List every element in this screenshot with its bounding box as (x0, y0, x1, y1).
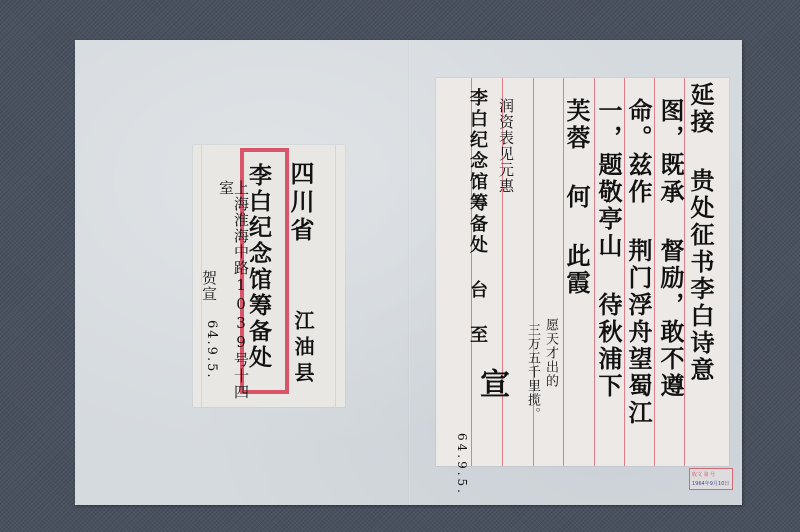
letter-rule (654, 78, 655, 466)
letter-column: 图，既承 督励，敢不遵 (658, 98, 682, 400)
letter-column: 延接 贵处征书李白诗意 (688, 82, 712, 384)
letter-column: 李白纪念馆筹备处 台 至 (468, 88, 486, 346)
letter-note: 三万五千里揽。 (526, 323, 539, 421)
stamp-line-1: 收文 第 号 (692, 471, 730, 478)
envelope-sender-address: 上海淮海中路1039号十四室 (218, 180, 248, 407)
letter-signature: 宣 (476, 368, 506, 401)
letter-column: 芙蓉 何 此霞 (564, 98, 588, 297)
envelope: 四川省 江油县 李白纪念馆筹备处 上海淮海中路1039号十四室 贺宣 64.9.… (193, 145, 345, 407)
envelope-right-edge (335, 145, 336, 407)
letter-note: 愿天才出的 (544, 318, 557, 388)
letter-column: 命。兹作 荆门浮舟望蜀江 (626, 98, 650, 427)
receipt-stamp: 收文 第 号 1964年9月10日 (689, 468, 733, 490)
mount-fold-line (408, 40, 410, 505)
envelope-recipient: 李白纪念馆筹备处 (247, 163, 270, 371)
stamp-line-2: 1964年9月10日 (692, 480, 730, 487)
envelope-province: 四川省 (288, 161, 312, 245)
letter-column: 一，题敬亭山 待秋浦下 (596, 98, 620, 400)
envelope-county: 江油县 (293, 310, 313, 388)
letter-signature-date: 64.9.5. (456, 433, 468, 496)
letter-sheet: 延接 贵处征书李白诗意 图，既承 督励，敢不遵 命。兹作 荆门浮舟望蜀江 一，题… (436, 78, 729, 466)
mounting-sheet: 四川省 江油县 李白纪念馆筹备处 上海淮海中路1039号十四室 贺宣 64.9.… (75, 40, 742, 505)
envelope-sender-name: 贺宣 (201, 270, 216, 302)
letter-column: 润资表见元惠 (498, 98, 513, 194)
envelope-date: 64.9.5. (205, 320, 218, 379)
